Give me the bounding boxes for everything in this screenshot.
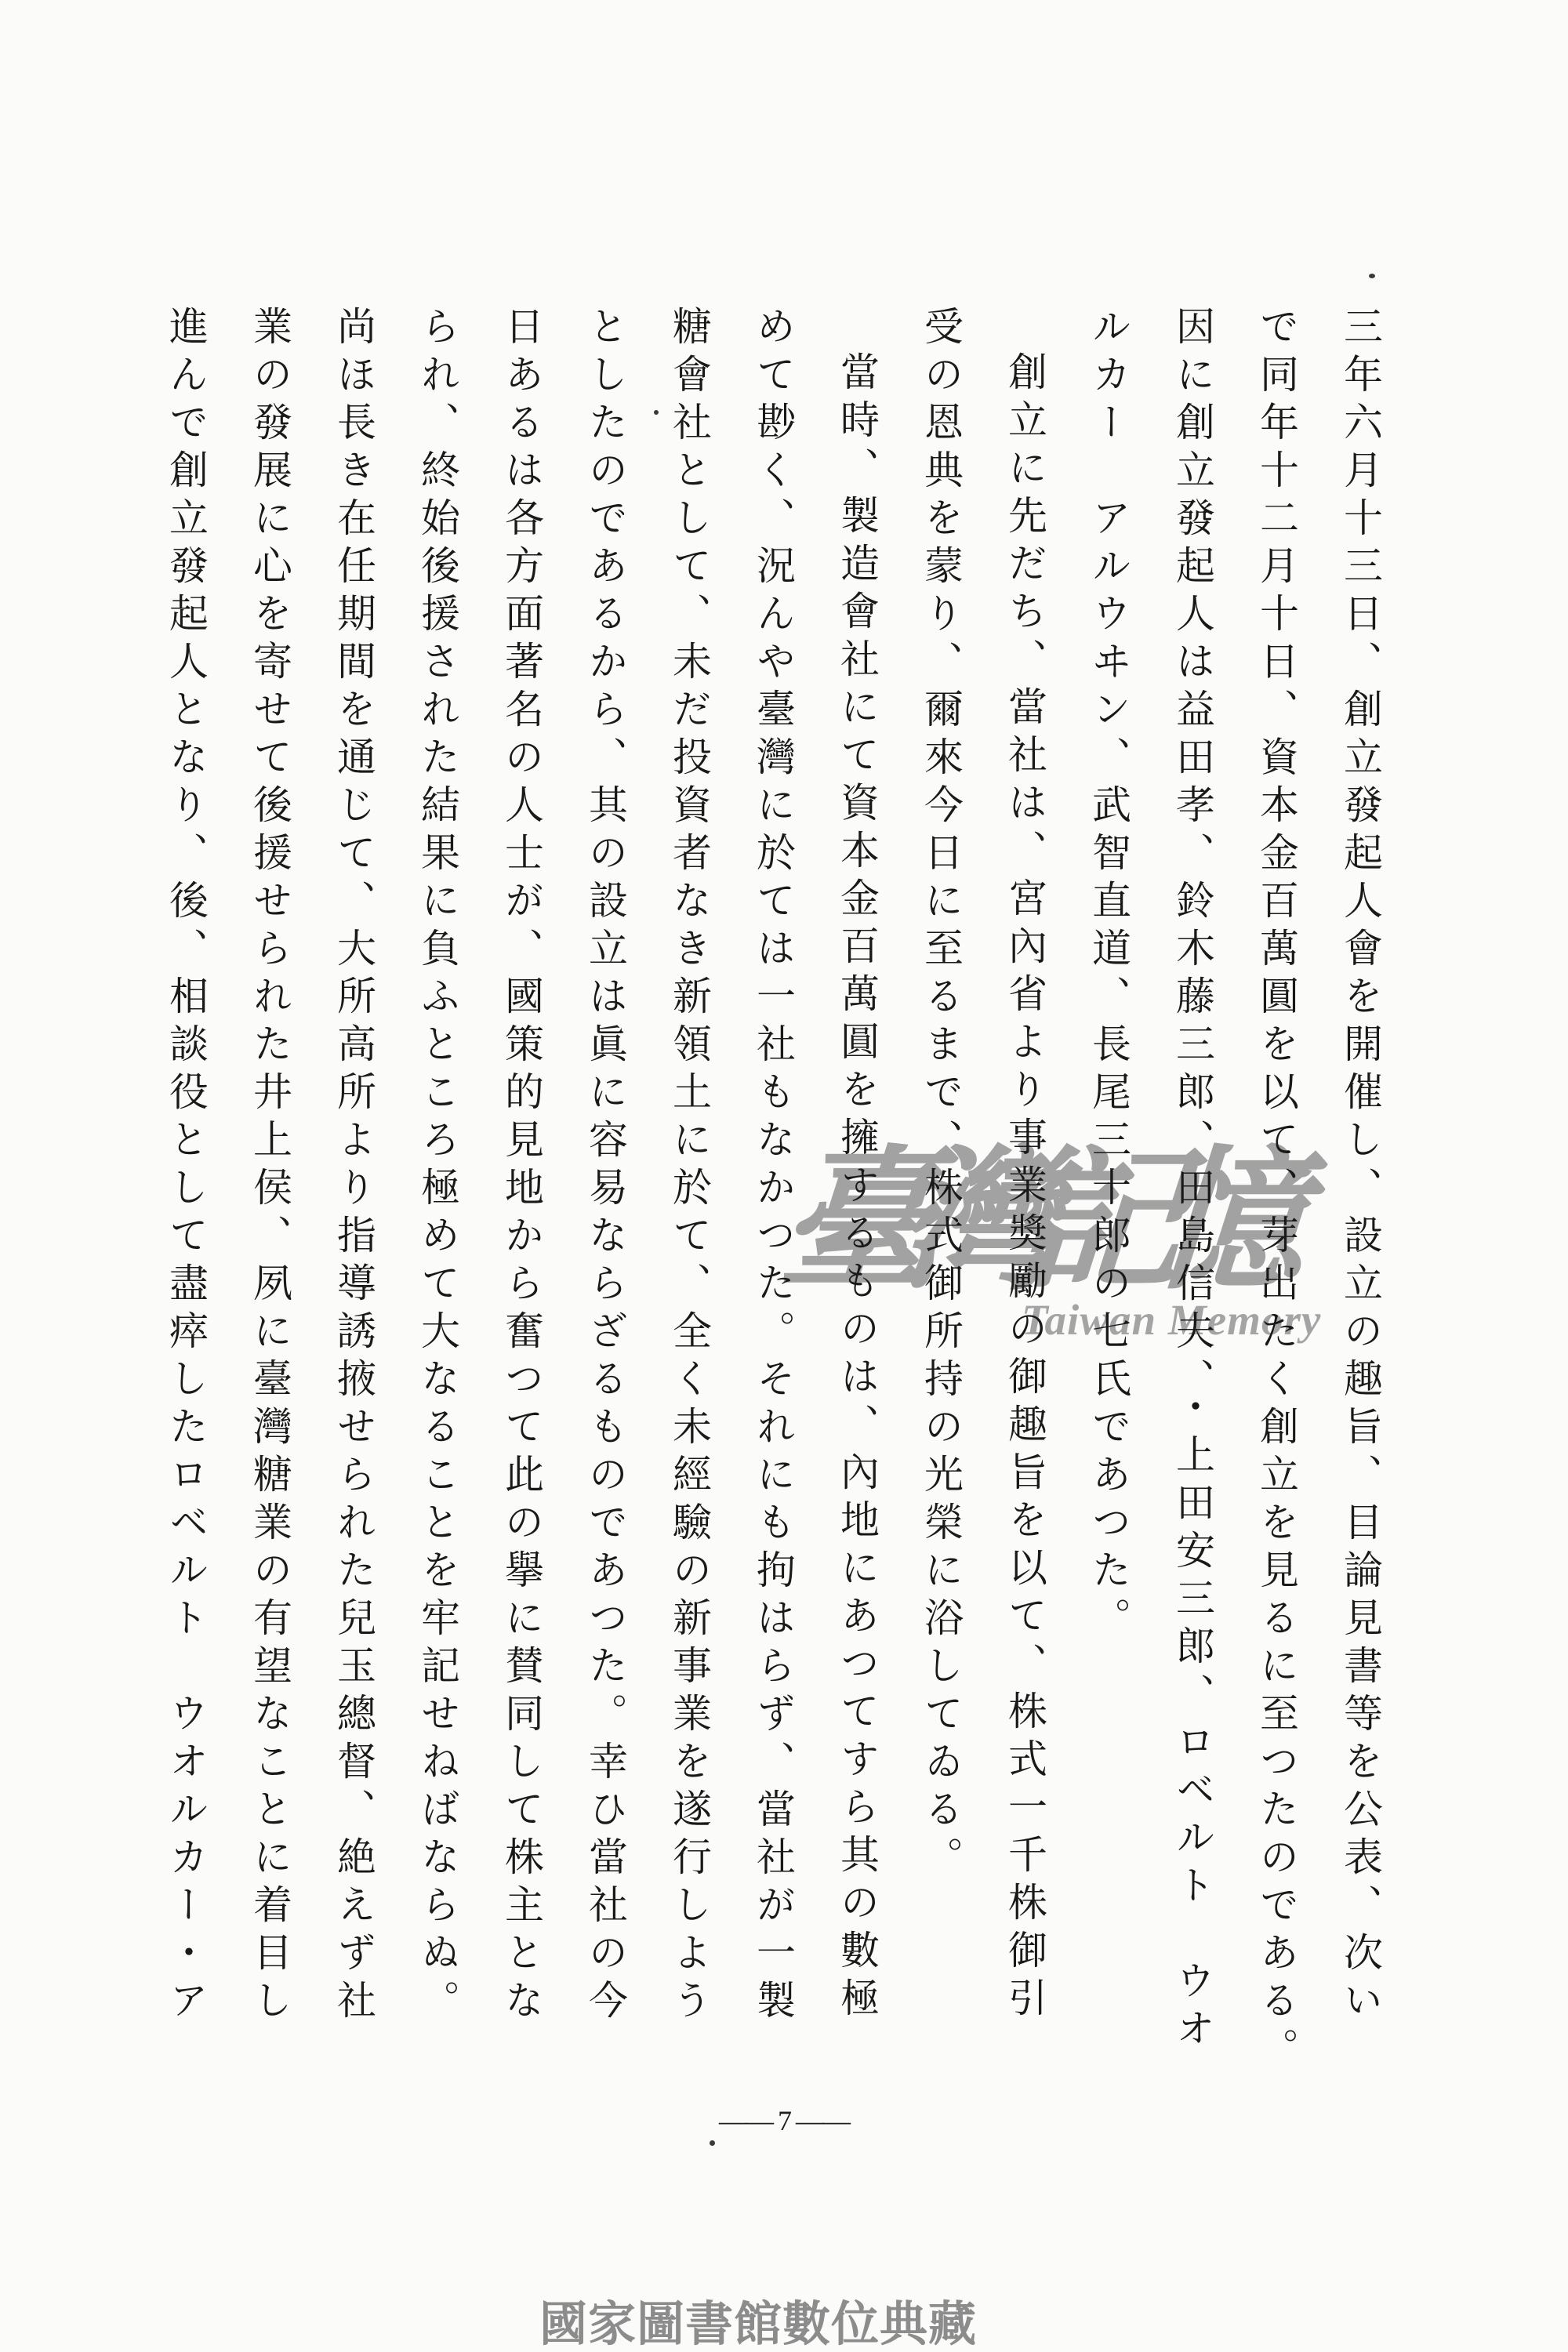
ink-speck [1369, 274, 1375, 278]
ink-speck [710, 2140, 715, 2146]
text-column: めて尠く、況んや臺灣に於ては一社もなかつた。それにも拘はらず、當社が一製 [731, 306, 815, 2093]
page-number: —— 7 —— [0, 2104, 1568, 2137]
ink-speck [654, 410, 659, 415]
text-column: 三年六月十三日、創立發起人會を開催し、設立の趣旨、目論見書等を公表、次い [1318, 306, 1402, 2093]
body-text: 三年六月十三日、創立發起人會を開催し、設立の趣旨、目論見書等を公表、次い で同年… [143, 306, 1402, 2093]
text-column: で同年十二月十日、資本金百萬圓を以て、芽出たく創立を見るに至つたのである。 [1234, 306, 1318, 2093]
archive-footer: 國家圖書館數位典藏 [0, 2286, 1516, 2352]
scanned-page: 臺灣記憶 Taiwan Memory 三年六月十三日、創立發起人會を開催し、設立… [0, 0, 1568, 2352]
text-column-paragraph-start: 創立に先だち、當社は、宮內省より事業奬勵の御趣旨を以て、株式一千株御引 [982, 306, 1066, 2093]
text-column: 因に創立發起人は益田孝、鈴木藤三郎、田島信夫、・上田安三郎、ロベルト ウオ [1150, 306, 1234, 2093]
text-column: 糖會社として、未だ投資者なき新領土に於て、全く未經驗の新事業を遂行しよう [647, 306, 731, 2093]
text-column: としたのであるから、其の設立は眞に容易ならざるものであつた。幸ひ當社の今 [563, 306, 647, 2093]
text-column-paragraph-start: 當時、製造會社にて資本金百萬圓を擁するものは、內地にあつてすら其の數極 [815, 306, 898, 2093]
text-column: 進んで創立發起人となり、後、相談役として盡瘁したロベルト ウオルカー・ア [143, 306, 227, 2093]
text-column: られ、終始後援された結果に負ふところ極めて大なることを牢記せねばならぬ。 [395, 306, 479, 2093]
text-column: ルカー アルウヰン、武智直道、長尾三十郎の七氏であつた。 [1066, 306, 1150, 2093]
text-column: 業の發展に心を寄せて後援せられた井上侯、夙に臺灣糖業の有望なことに着目し [227, 306, 311, 2093]
text-column: 受の恩典を蒙り、爾來今日に至るまで、株式御所持の光榮に浴してゐる。 [898, 306, 982, 2093]
text-column: 日あるは各方面著名の人士が、國策的見地から奮つて此の擧に賛同して株主とな [479, 306, 563, 2093]
text-column: 尚ほ長き在任期間を通じて、大所高所より指導誘掖せられた兒玉總督、絶えず社 [311, 306, 395, 2093]
